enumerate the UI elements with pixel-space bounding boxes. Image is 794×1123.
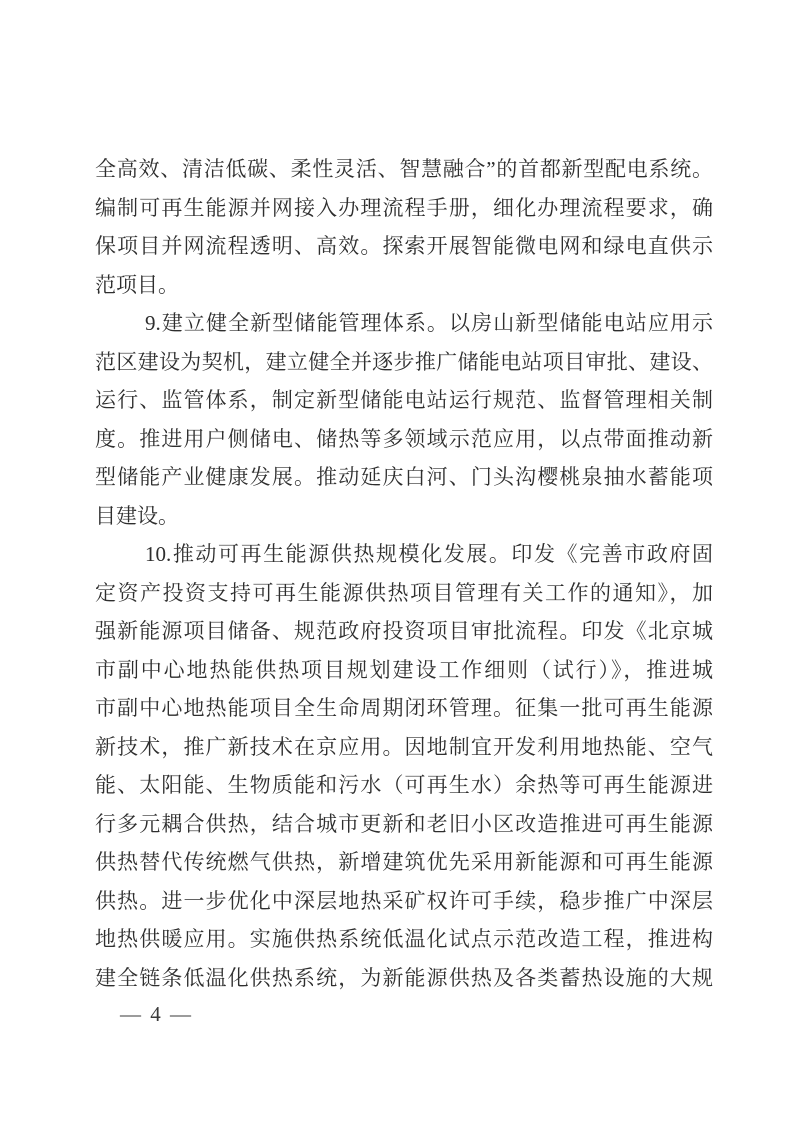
document-line: 范区建设为契机，建立健全并逐步推广储能电站项目审批、建设、	[95, 343, 713, 382]
document-line: 市副中心地热能项目全生命周期闭环管理。征集一批可再生能源	[95, 689, 713, 728]
document-line: 市副中心地热能供热项目规划建设工作细则（试行）》，推进城	[95, 651, 713, 690]
document-line: 全高效、清洁低碳、柔性灵活、智慧融合”的首都新型配电系统。	[95, 150, 713, 189]
document-line: 地热供暖应用。实施供热系统低温化试点示范改造工程，推进构	[95, 920, 713, 959]
document-line: 定资产投资支持可再生能源供热项目管理有关工作的通知》，加	[95, 574, 713, 613]
page-footer: — 4 —	[120, 1002, 193, 1027]
document-line: 范项目。	[95, 266, 713, 305]
document-line: 9.建立健全新型储能管理体系。以房山新型储能电站应用示	[95, 304, 713, 343]
document-line: 供热替代传统燃气供热，新增建筑优先采用新能源和可再生能源	[95, 843, 713, 882]
document-line: 能、太阳能、生物质能和污水（可再生水）余热等可再生能源进	[95, 766, 713, 805]
page-number: — 4 —	[120, 1002, 193, 1026]
document-line: 10.推动可再生能源供热规模化发展。印发《完善市政府固	[95, 535, 713, 574]
document-line: 运行、监管体系，制定新型储能电站运行规范、监督管理相关制	[95, 381, 713, 420]
document-line: 供热。进一步优化中深层地热采矿权许可手续，稳步推广中深层	[95, 882, 713, 921]
document-body: 全高效、清洁低碳、柔性灵活、智慧融合”的首都新型配电系统。编制可再生能源并网接入…	[95, 150, 713, 997]
document-line: 型储能产业健康发展。推动延庆白河、门头沟樱桃泉抽水蓄能项	[95, 458, 713, 497]
document-line: 目建设。	[95, 497, 713, 536]
document-line: 强新能源项目储备、规范政府投资项目审批流程。印发《北京城	[95, 612, 713, 651]
document-page: 全高效、清洁低碳、柔性灵活、智慧融合”的首都新型配电系统。编制可再生能源并网接入…	[0, 0, 794, 1123]
document-line: 度。推进用户侧储电、储热等多领域示范应用，以点带面推动新	[95, 420, 713, 459]
document-line: 编制可再生能源并网接入办理流程手册，细化办理流程要求，确	[95, 189, 713, 228]
document-line: 建全链条低温化供热系统，为新能源供热及各类蓄热设施的大规	[95, 959, 713, 998]
document-line: 新技术，推广新技术在京应用。因地制宜开发利用地热能、空气	[95, 728, 713, 767]
document-line: 保项目并网流程透明、高效。探索开展智能微电网和绿电直供示	[95, 227, 713, 266]
document-line: 行多元耦合供热，结合城市更新和老旧小区改造推进可再生能源	[95, 805, 713, 844]
